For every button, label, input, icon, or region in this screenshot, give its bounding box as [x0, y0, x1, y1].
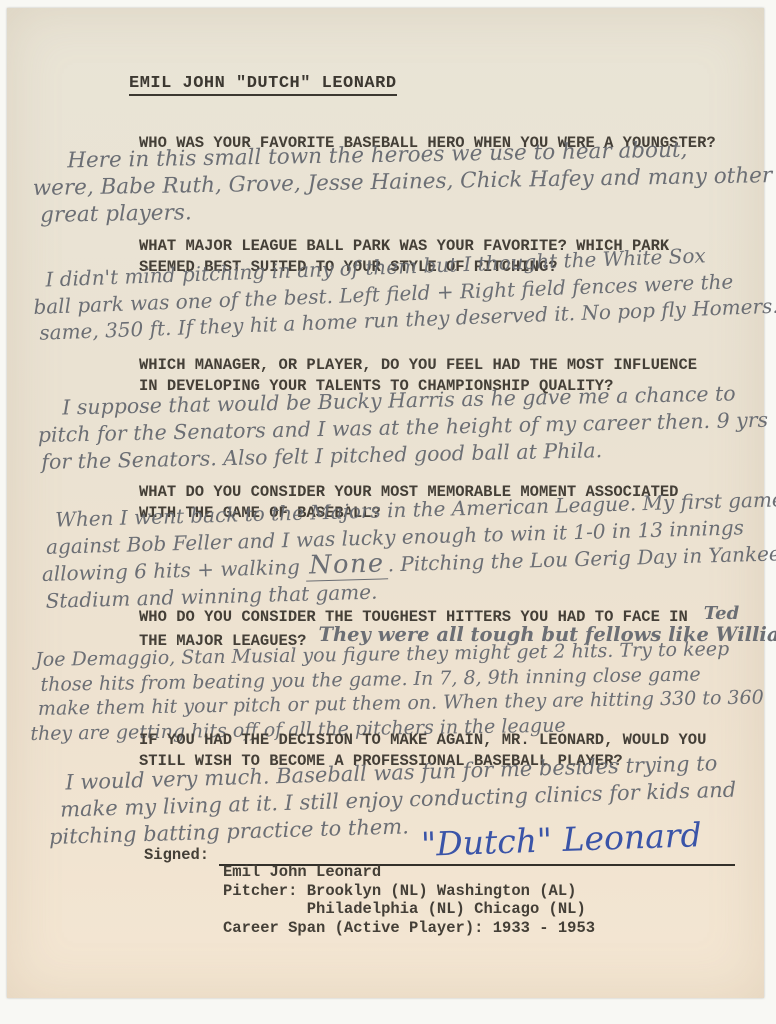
page-title: EMIL JOHN "DUTCH" LEONARD [129, 74, 397, 96]
emphasized-word: None [306, 548, 388, 581]
answer-4: When I went back to the Majors in the Am… [40, 486, 776, 614]
question-line: IF YOU HAD THE DECISION TO MAKE AGAIN, M… [139, 730, 706, 751]
signed-label: Signed: [144, 846, 209, 864]
player-name: Emil John Leonard [223, 863, 595, 882]
signature: "Dutch" Leonard [420, 815, 702, 864]
career-span: Career Span (Active Player): 1933 - 1953 [223, 919, 595, 938]
answer-3: I suppose that would be Bucky Harris as … [37, 380, 769, 476]
question-line: WHICH MANAGER, OR PLAYER, DO YOU FEEL HA… [139, 355, 697, 376]
handwritten-note: Ted [704, 603, 739, 624]
player-teams-line1: Pitcher: Brooklyn (NL) Washington (AL) [223, 882, 595, 901]
document-page: EMIL JOHN "DUTCH" LEONARD WHO WAS YOUR F… [7, 8, 764, 998]
player-teams-line2: Philadelphia (NL) Chicago (NL) [223, 900, 595, 919]
answer-1: Here in this small town the heroes we us… [32, 135, 773, 229]
player-info: Emil John Leonard Pitcher: Brooklyn (NL)… [223, 863, 595, 937]
